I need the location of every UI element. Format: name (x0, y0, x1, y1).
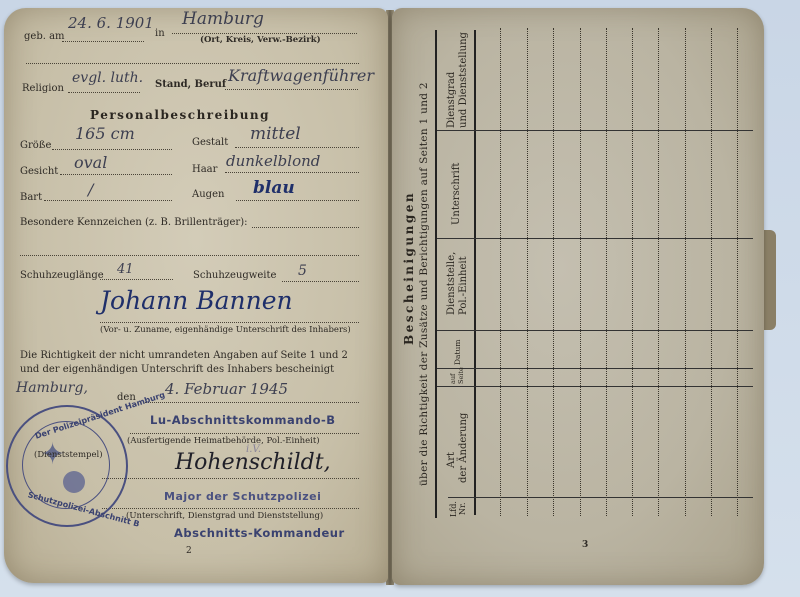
marks-label: Besondere Kennzeichen (z. B. Brillenträg… (20, 217, 247, 228)
table-row-5 (606, 28, 607, 516)
build-label: Gestalt (192, 137, 228, 148)
certification-place: Hamburg, (16, 380, 88, 396)
column-header-art-1: Art (446, 452, 457, 468)
marks-line (252, 227, 359, 228)
shoe-width-label: Schuhzeugweite (193, 270, 276, 281)
wreath-emblem-icon (63, 471, 85, 493)
official-signature: Hohenschildt, (175, 450, 331, 475)
column-divider-dienststelle (437, 330, 753, 331)
face-line (60, 174, 172, 175)
certification-date-line (145, 402, 359, 403)
shoe-length-value: 41 (117, 262, 134, 277)
born-in-label: in (155, 28, 165, 39)
religion-label: Religion (22, 83, 64, 94)
holder-signature-hint: (Vor- u. Zuname, eigenhändige Unterschri… (100, 325, 351, 335)
table-row-9 (711, 28, 712, 516)
column-header-unterschrift: Unterschrift (451, 163, 462, 225)
holder-signature-line (100, 322, 359, 323)
religion-value: evgl. luth. (72, 70, 143, 86)
column-header-dienststelle-1: Dienststelle, (446, 252, 457, 315)
column-header-seite-2: Seite (457, 367, 465, 384)
official-rank-stamp: Major der Schutzpolizei (164, 490, 321, 503)
shoe-width-value: 5 (298, 263, 307, 279)
official-signature-line (102, 478, 359, 479)
certification-line-1: Die Richtigkeit der nicht umrandeten Ang… (20, 350, 348, 361)
column-divider-dienstgrad (437, 130, 753, 131)
born-place-value: Hamburg (182, 9, 264, 29)
beard-label: Bart (20, 192, 42, 203)
table-header-border (474, 30, 476, 515)
section-title: Personalbeschreibung (90, 108, 270, 122)
born-date-line (62, 41, 144, 42)
face-value: oval (74, 153, 107, 172)
official-stamp: Der Polizeipräsident Hamburg Schutzpoliz… (6, 405, 128, 527)
eyes-label: Augen (192, 189, 224, 200)
certification-line-2: und der eigenhändigen Unterschrift des I… (20, 364, 334, 375)
build-line (235, 147, 359, 148)
table-row-8 (685, 28, 686, 516)
column-header-dienstgrad-2: und Dienststellung (458, 32, 469, 128)
hair-line (225, 172, 359, 173)
official-rank-line (102, 508, 359, 509)
column-header-dienstgrad-1: Dienstgrad (446, 72, 457, 128)
issuing-authority-hint: (Ausfertigende Heimatbehörde, Pol.-Einhe… (127, 436, 320, 446)
height-label: Größe (20, 140, 51, 151)
official-position-stamp: Abschnitts-Kommandeur (174, 526, 345, 540)
extra-line (26, 63, 359, 64)
face-label: Gesicht (20, 166, 58, 177)
column-divider-seite (437, 386, 753, 387)
eyes-value: blau (253, 178, 295, 198)
hair-label: Haar (192, 164, 217, 175)
column-divider-datum (437, 368, 753, 369)
official-hint: (Unterschrift, Dienstgrad und Dienststel… (126, 511, 323, 521)
shoe-width-line (282, 281, 359, 282)
born-place-hint: (Ort, Kreis, Verw.-Bezirk) (200, 35, 321, 45)
column-header-datum: Datum (453, 340, 462, 365)
table-row-7 (658, 28, 659, 516)
beard-line (44, 200, 172, 201)
column-header-art-2: der Änderung (458, 413, 469, 483)
certification-date: 4. Februar 1945 (165, 380, 288, 398)
occupation-label: Stand, Beruf (155, 79, 226, 90)
hair-value: dunkelblond (226, 152, 320, 170)
occupation-value: Kraftwagenführer (228, 66, 374, 85)
column-header-lfd-1: Lfd. (449, 501, 458, 517)
issuing-authority-stamp: Lu-Abschnittskommando-B (150, 413, 336, 427)
official-stamp-label: (Dienststempel) (34, 450, 103, 460)
born-label: geb. am (24, 31, 65, 42)
cover-edge (762, 230, 776, 330)
shoe-length-line (100, 279, 173, 280)
height-value: 165 cm (75, 124, 135, 143)
build-value: mittel (250, 124, 301, 144)
issuing-authority-line (130, 433, 359, 434)
certifications-subtitle: über die Richtigkeit der Zusätze und Ber… (418, 82, 430, 486)
page-number-right: 3 (582, 540, 588, 550)
holder-signature: Johann Bannen (100, 286, 293, 315)
eyes-line (236, 200, 359, 201)
column-divider-unterschrift (437, 238, 753, 239)
column-header-lfd-2: Nr. (458, 503, 467, 516)
column-divider-art (448, 497, 753, 498)
height-line (52, 149, 172, 150)
religion-line (68, 92, 140, 93)
beard-value: / (88, 180, 93, 199)
table-row-2 (527, 28, 528, 516)
column-header-dienststelle-2: Pol.-Einheit (458, 256, 469, 315)
table-row-4 (580, 28, 581, 516)
certifications-title: Bescheinigungen (402, 191, 416, 345)
column-header-seite-1: auf (449, 374, 457, 384)
table-row-6 (632, 28, 633, 516)
occupation-line (225, 89, 358, 90)
table-row-10 (737, 28, 738, 516)
table-row-1 (500, 28, 501, 516)
page-number-left: 2 (186, 546, 192, 556)
table-border-left (435, 30, 437, 518)
table-row-3 (553, 28, 554, 516)
shoe-length-label: Schuhzeuglänge (20, 270, 104, 281)
born-date-value: 24. 6. 1901 (68, 14, 154, 32)
marks-line-2 (20, 255, 359, 256)
born-place-line (172, 33, 357, 34)
